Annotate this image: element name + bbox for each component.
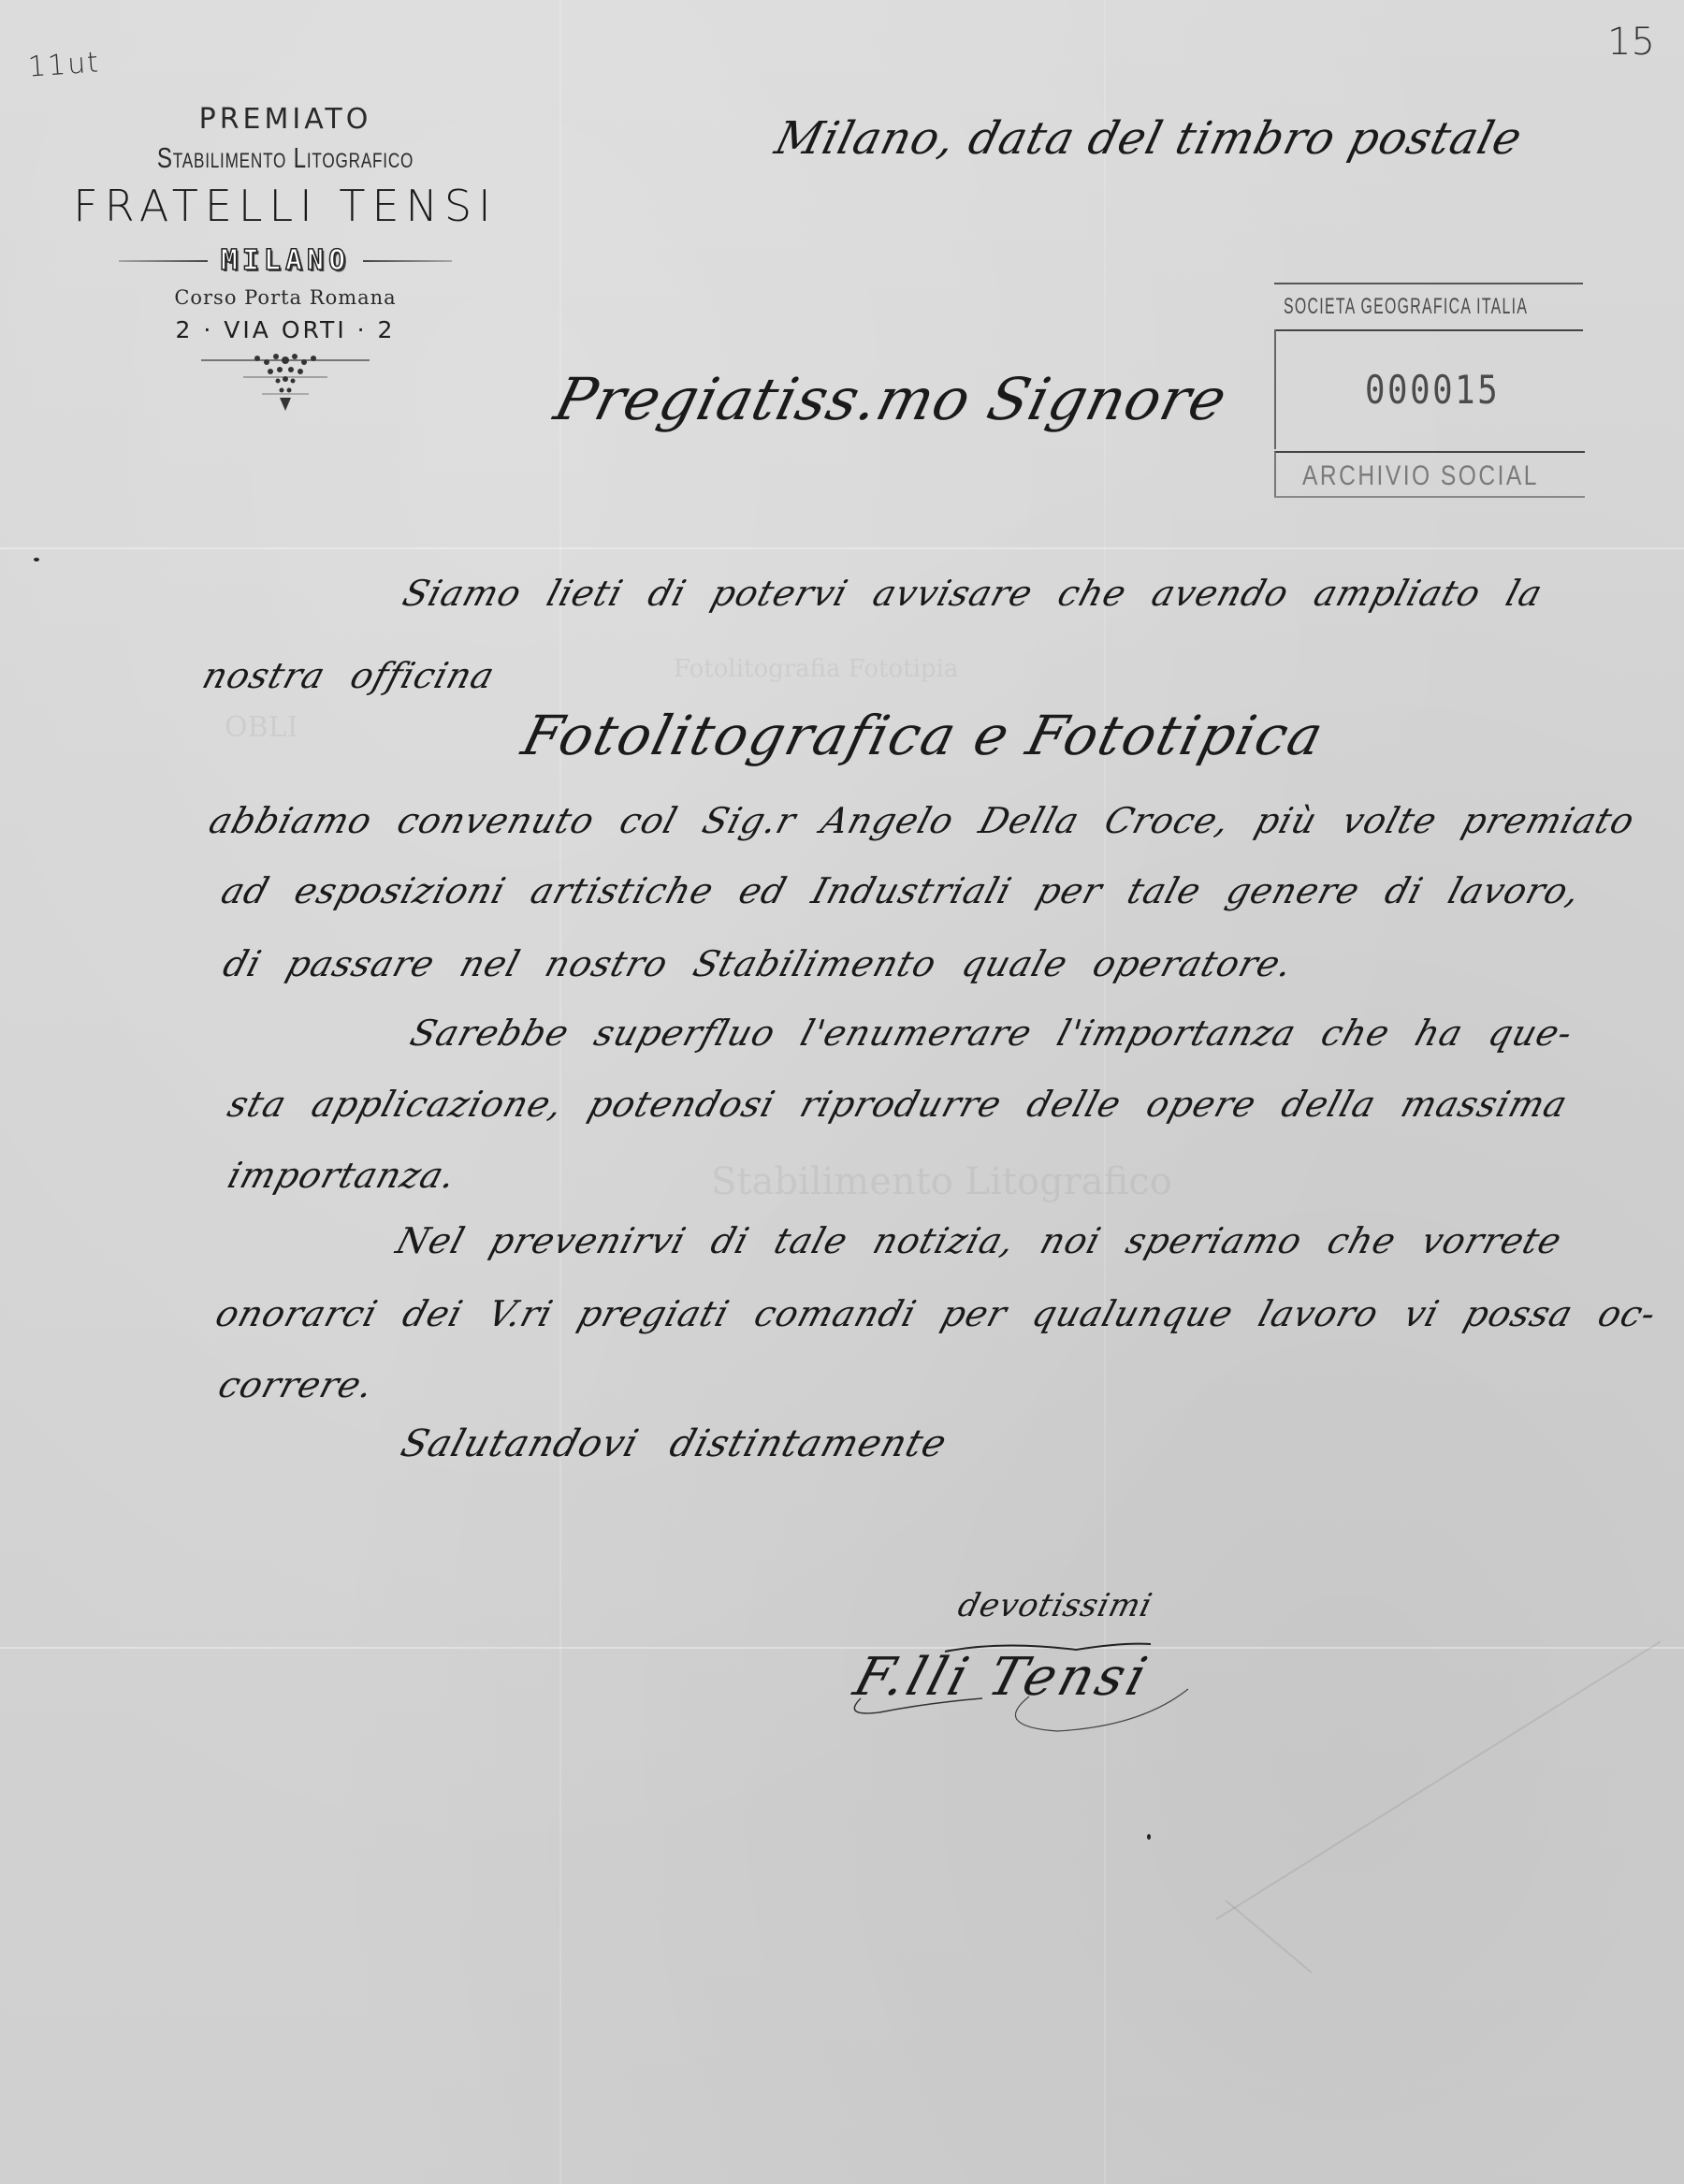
body-line: di passare nel nostro Stabilimento quale… [219, 943, 1299, 984]
closing: Salutandovi distintamente [396, 1422, 951, 1465]
show-through-text: Stabilimento Litografico [711, 1160, 1172, 1203]
letterhead-address: 2 · VIA ORTI · 2 [56, 316, 515, 343]
stamp-body: 000015 [1274, 329, 1585, 449]
page-number: 15 [1607, 21, 1655, 64]
letterhead-company-name: FRATELLI TENSI [56, 181, 515, 231]
stamp-number: 000015 [1365, 367, 1500, 413]
body-line: nostra officina [198, 655, 500, 696]
rule-right [363, 260, 452, 262]
body-line: correre. [214, 1364, 379, 1405]
body-line: ad esposizioni artistiche ed Industriali… [217, 870, 1586, 911]
floral-ornament-icon [192, 349, 379, 415]
ink-speck [1147, 1834, 1151, 1840]
body-line: Sarebbe superfluo l'enumerare l'importan… [406, 1012, 1578, 1054]
archive-stamp: SOCIETA GEOGRAFICA ITALIA 000015 ARCHIVI… [1274, 283, 1590, 496]
rule-left [119, 260, 208, 262]
body-line: Siamo lieti di potervi avvisare che aven… [399, 573, 1547, 614]
show-through-text: Fotolitografia Fototipia [674, 655, 958, 683]
letterhead-award: PREMIATO [56, 103, 515, 136]
margin-note: 11ut [27, 46, 101, 83]
stamp-footer-box: ARCHIVIO SOCIAL [1274, 451, 1585, 498]
date-line: Milano, data del timbro postale [770, 112, 1528, 165]
body-line: abbiamo convenuto col Sig.r Angelo Della… [205, 800, 1640, 841]
wrinkle [1215, 1640, 1661, 1919]
stamp-footer: ARCHIVIO SOCIAL [1302, 460, 1539, 492]
letterhead-business-type: Stabilimento Litografico [107, 141, 464, 175]
body-line: sta applicazione, potendosi riprodurre d… [224, 1084, 1573, 1125]
valediction: devotissimi [954, 1587, 1156, 1624]
stamp-header-box: SOCIETA GEOGRAFICA ITALIA [1274, 283, 1583, 331]
signature: F.lli Tensi [848, 1647, 1157, 1708]
body-line: importanza. [224, 1155, 461, 1196]
fold-crease [0, 547, 1684, 549]
body-line: onorarci dei V.ri pregiati comandi per q… [211, 1293, 1662, 1334]
letterhead-city: MILANO [221, 244, 350, 277]
stamp-header: SOCIETA GEOGRAFICA ITALIA [1284, 294, 1528, 320]
wrinkle [1225, 1900, 1312, 1973]
salutation: Pregiatiss.mo Signore [548, 365, 1234, 433]
show-through-text: OBLI [225, 711, 298, 744]
letterhead: PREMIATO Stabilimento Litografico FRATEL… [56, 103, 515, 415]
letter-paper: OBLI Fotolitografia Fototipia Stabilimen… [0, 0, 1684, 2184]
letterhead-street: Corso Porta Romana [56, 286, 515, 309]
letterhead-city-row: MILANO [56, 244, 515, 277]
body-line: Nel prevenirvi di tale notizia, noi sper… [392, 1220, 1567, 1261]
ink-speck [34, 558, 39, 561]
headline: Fotolitografica e Fototipica [516, 704, 1331, 767]
